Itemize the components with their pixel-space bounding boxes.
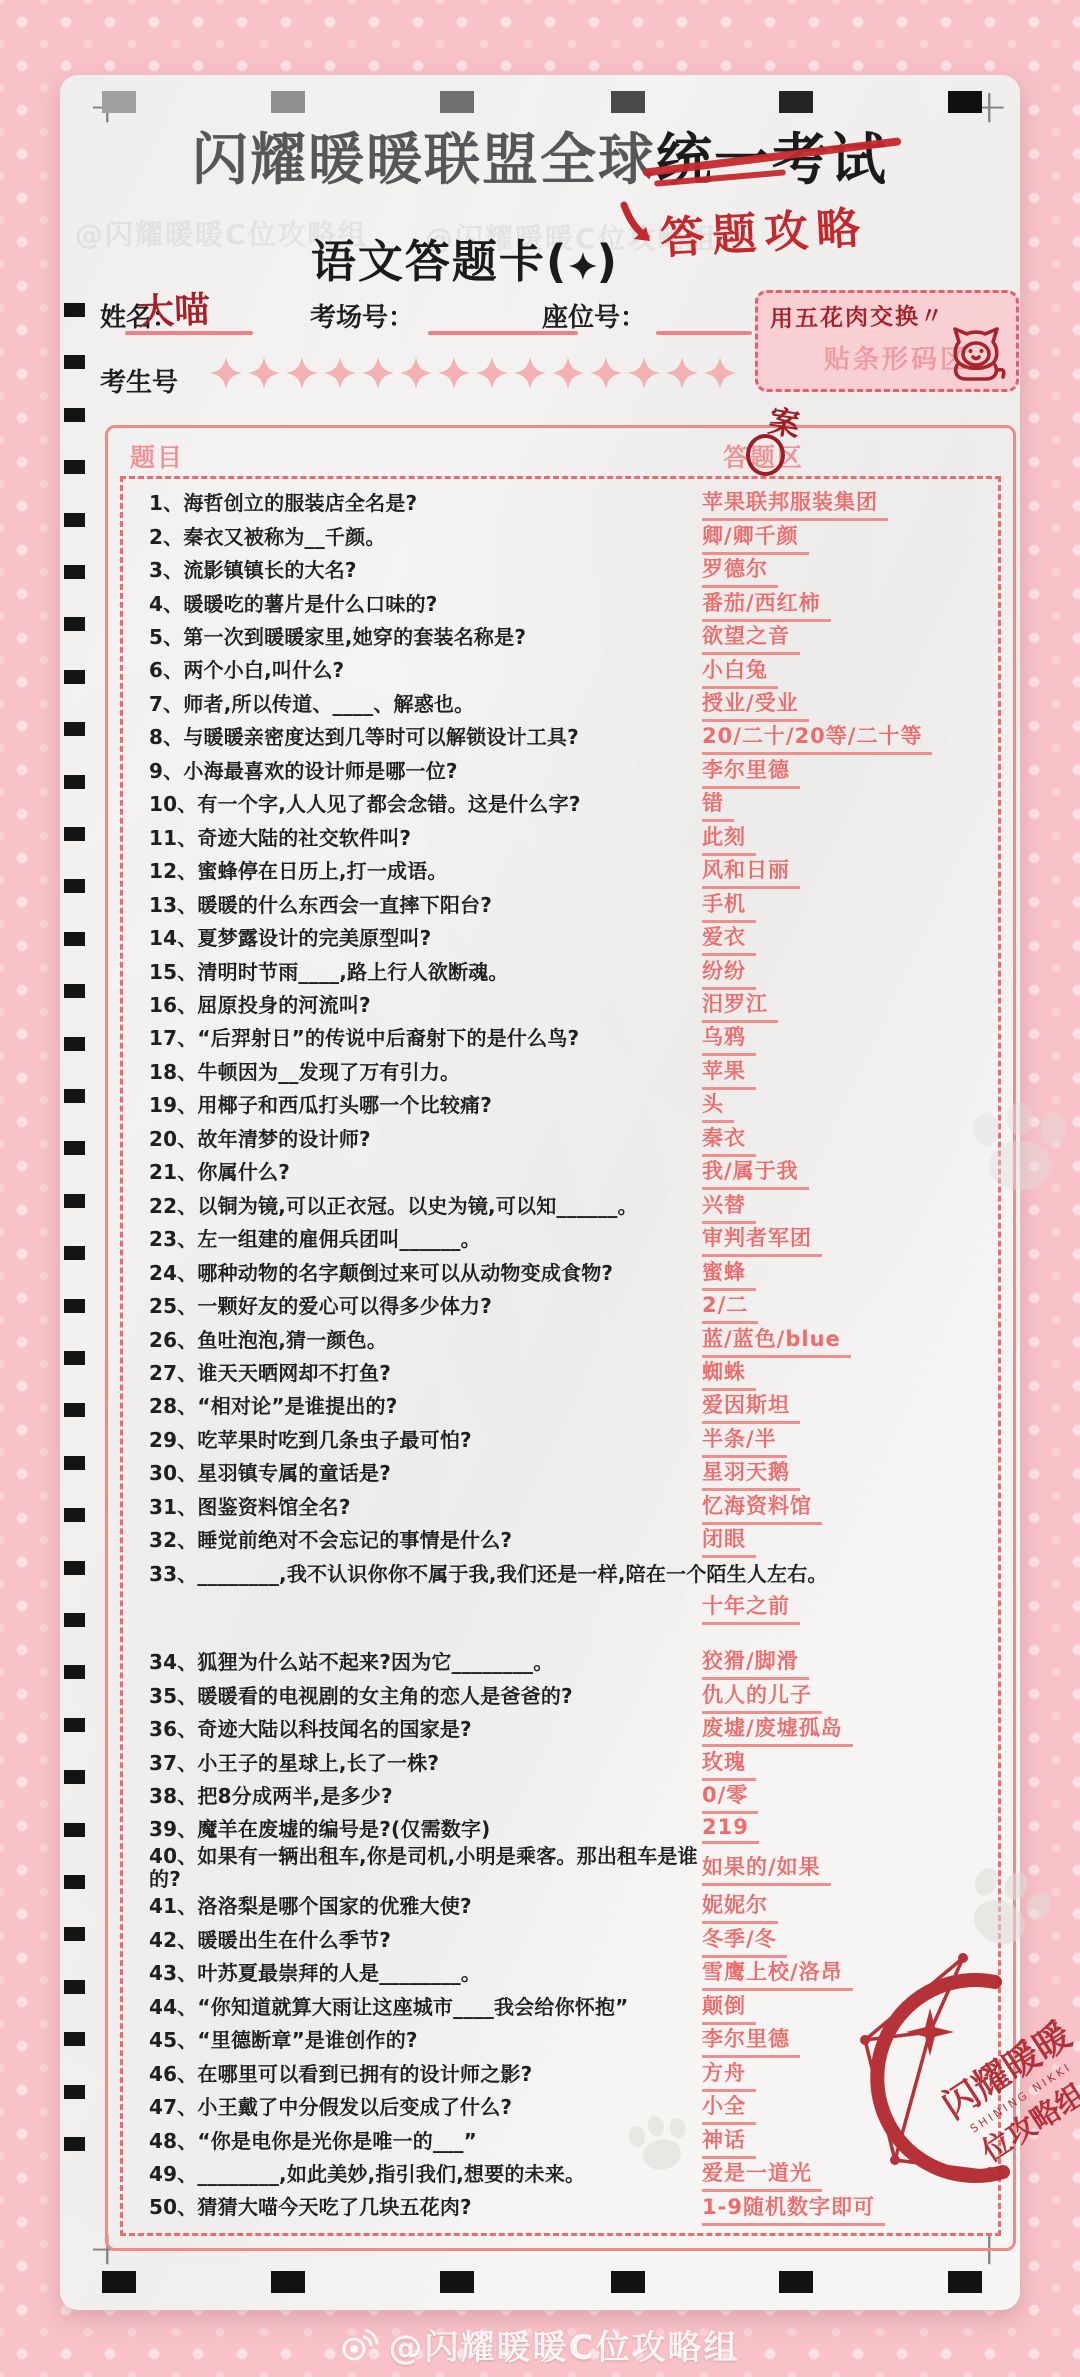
question-text: 24、哪种动物的名字颠倒过来可以从动物变成食物? xyxy=(149,1262,702,1285)
question-text: 10、有一个字,人人见了都会念错。这是什么字? xyxy=(149,793,702,816)
question-row: 11、奇迹大陆的社交软件叫?此刻 xyxy=(149,822,988,855)
question-row: 40、如果有一辆出租车,你是司机,小明是乘客。那出租车是谁的?如果的/如果 xyxy=(149,1846,988,1890)
answer-text: 废墟/废墟孤岛 xyxy=(702,1712,853,1747)
four-pointed-star-icon xyxy=(628,357,660,389)
timing-mark xyxy=(64,1246,85,1260)
four-pointed-star-icon xyxy=(666,357,698,389)
question-text: 50、猜猜大喵今天吃了几块五花肉? xyxy=(149,2196,702,2219)
timing-mark xyxy=(64,1927,85,1941)
page-title: 闪耀暖暖联盟全球统一考试 xyxy=(60,127,1020,194)
timing-mark xyxy=(64,2032,85,2046)
question-row: 20、故年清梦的设计师?秦衣 xyxy=(149,1123,988,1156)
candidate-no-diamonds xyxy=(210,357,736,389)
answer-cell: 苹果 xyxy=(702,1055,988,1090)
answer-row: 十年之前 xyxy=(149,1591,988,1624)
answer-cell: 玫瑰 xyxy=(702,1746,988,1781)
answer-text: 如果的/如果 xyxy=(702,1851,831,1886)
barcode-sticker-box: 用五花肉交换〃 贴条形码区 xyxy=(755,290,1019,392)
question-row: 19、用椰子和西瓜打头哪一个比较痛?头 xyxy=(149,1089,988,1122)
weibo-icon xyxy=(341,2328,379,2362)
question-row: 44、“你知道就算大雨让这座城市____我会给你怀抱”颠倒 xyxy=(149,1991,988,2024)
answer-text: 蓝/蓝色/blue xyxy=(702,1323,851,1358)
question-text: 21、你属什么? xyxy=(149,1161,702,1184)
answer-cell: 爱衣 xyxy=(702,921,988,956)
question-text: 11、奇迹大陆的社交软件叫? xyxy=(149,827,702,850)
answer-cell: 授业/受业 xyxy=(702,687,988,722)
timing-mark xyxy=(64,1613,85,1627)
sticker-handwritten-note: 用五花肉交换〃 xyxy=(770,297,946,333)
answer-cell: 蓝/蓝色/blue xyxy=(702,1323,988,1358)
question-row: 48、“你是电你是光你是唯一的___”神话 xyxy=(149,2124,988,2157)
question-text: 9、小海最喜欢的设计师是哪一位? xyxy=(149,760,702,783)
question-row: 43、叶苏夏最崇拜的人是________。雪鹰上校/洛昂 xyxy=(149,1957,988,1990)
answer-cell: 1-9随机数字即可 xyxy=(702,2191,988,2226)
answer-cell: 卿/卿千颜 xyxy=(702,520,988,555)
subtitle-text: 语文答题卡( xyxy=(311,235,569,288)
timing-mark xyxy=(64,1456,85,1470)
four-pointed-star-icon xyxy=(476,357,508,389)
seat-label: 座位号： xyxy=(542,297,646,334)
answer-cell: 小白兔 xyxy=(702,654,988,689)
timing-mark xyxy=(64,355,85,369)
answer-text: 番茄/西红柿 xyxy=(702,587,831,622)
question-text: 42、暖暖出生在什么季节? xyxy=(149,1929,702,1952)
answer-cell: 如果的/如果 xyxy=(702,1851,988,1886)
question-text: 31、图鉴资料馆全名? xyxy=(149,1496,702,1519)
timing-mark xyxy=(64,565,85,579)
answer-text: 苹果 xyxy=(702,1055,756,1090)
answer-text: 半条/半 xyxy=(702,1423,787,1458)
question-row: 27、谁天天晒网却不打鱼?蜘蛛 xyxy=(149,1357,988,1390)
answer-text: 李尔里德 xyxy=(702,754,800,789)
question-text: 32、睡觉前绝对不会忘记的事情是什么? xyxy=(149,1529,702,1552)
question-row: 5、第一次到暖暖家里,她穿的套装名称是?欲望之音 xyxy=(149,621,988,654)
question-text: 35、暖暖看的电视剧的女主角的恋人是爸爸的? xyxy=(149,1685,702,1708)
name-field xyxy=(125,331,253,335)
answer-cell: 闭眼 xyxy=(702,1523,988,1558)
question-row: 23、左一组建的雇佣兵团叫______。审判者军团 xyxy=(149,1223,988,1256)
question-row: 24、哪种动物的名字颠倒过来可以从动物变成食物?蜜蜂 xyxy=(149,1256,988,1289)
answer-cell: 番茄/西红柿 xyxy=(702,587,988,622)
question-row: 16、屈原投身的河流叫?汨罗江 xyxy=(149,989,988,1022)
alignment-mark xyxy=(440,91,474,113)
alignment-mark xyxy=(271,91,305,113)
answer-text: 方舟 xyxy=(702,2057,756,2092)
four-pointed-star-icon xyxy=(210,357,242,389)
answer-text: 1-9随机数字即可 xyxy=(702,2191,885,2226)
answer-text: 神话 xyxy=(702,2124,756,2159)
answer-cell: 罗德尔 xyxy=(702,553,988,588)
answer-text: 纷纷 xyxy=(702,955,756,990)
answer-cell: 十年之前 xyxy=(702,1590,988,1625)
question-row: 31、图鉴资料馆全名?忆海资料馆 xyxy=(149,1491,988,1524)
answer-cell: 仇人的儿子 xyxy=(702,1679,988,1714)
question-text: 6、两个小白,叫什么? xyxy=(149,659,702,682)
question-text: 3、流影镇镇长的大名? xyxy=(149,559,702,582)
answer-cell: 蜜蜂 xyxy=(702,1256,988,1291)
four-pointed-star-icon xyxy=(514,357,546,389)
answer-text: 20/二十/20等/二十等 xyxy=(702,720,932,755)
question-text: 4、暖暖吃的薯片是什么口味的? xyxy=(149,593,702,616)
timing-mark xyxy=(64,1823,85,1837)
answer-text: 爱因斯坦 xyxy=(702,1389,800,1424)
question-row: 29、吃苹果时吃到几条虫子最可怕?半条/半 xyxy=(149,1424,988,1457)
answer-text: 错 xyxy=(702,787,734,822)
pig-doodle-icon xyxy=(944,323,1008,385)
alignment-mark xyxy=(948,91,982,113)
timing-mark xyxy=(64,775,85,789)
answer-cell: 错 xyxy=(702,787,988,822)
answer-cell: 汨罗江 xyxy=(702,988,988,1023)
question-row: 30、星羽镇专属的童话是?星羽天鹅 xyxy=(149,1457,988,1490)
answer-text: 仇人的儿子 xyxy=(702,1679,822,1714)
answer-text: 风和日丽 xyxy=(702,854,800,889)
question-row: 14、夏梦露设计的完美原型叫?爱衣 xyxy=(149,922,988,955)
timing-mark xyxy=(64,932,85,946)
answer-text: 219 xyxy=(702,1815,759,1844)
question-row: 1、海哲创立的服装店全名是?苹果联邦服装集团 xyxy=(149,487,988,520)
answer-text: 爱是一道光 xyxy=(702,2157,822,2192)
question-row: 34、狐狸为什么站不起来?因为它________。狡猾/脚滑 xyxy=(149,1646,988,1679)
answer-text: 乌鸦 xyxy=(702,1021,756,1056)
timing-mark xyxy=(64,1351,85,1365)
answer-text: 闭眼 xyxy=(702,1523,756,1558)
question-row: 10、有一个字,人人见了都会念错。这是什么字?错 xyxy=(149,788,988,821)
question-text: 1、海哲创立的服装店全名是? xyxy=(149,492,702,515)
paw-print-icon xyxy=(955,1085,1080,1215)
question-row: 42、暖暖出生在什么季节?冬季/冬 xyxy=(149,1924,988,1957)
four-pointed-star-icon xyxy=(569,252,597,280)
question-text: 43、叶苏夏最崇拜的人是________。 xyxy=(149,1962,702,1985)
answer-text: 卿/卿千颜 xyxy=(702,520,809,555)
question-row: 47、小王戴了中分假发以后变成了什么?小全 xyxy=(149,2091,988,2124)
four-pointed-star-icon xyxy=(248,357,280,389)
answer-text: 颠倒 xyxy=(702,1990,756,2025)
question-column-header: 题目 xyxy=(130,438,184,474)
answer-text: 我/属于我 xyxy=(702,1155,809,1190)
answer-cell: 手机 xyxy=(702,888,988,923)
timing-mark xyxy=(64,1299,85,1313)
answer-text: 授业/受业 xyxy=(702,687,809,722)
question-row: 49、________,如此美妙,指引我们,想要的未来。爱是一道光 xyxy=(149,2158,988,2191)
seat-field xyxy=(656,331,752,335)
answer-text: 此刻 xyxy=(702,821,756,856)
answer-cell: 半条/半 xyxy=(702,1423,988,1458)
answer-text: 蜘蛛 xyxy=(702,1356,756,1391)
answer-text: 苹果联邦服装集团 xyxy=(702,486,888,521)
question-row: 8、与暖暖亲密度达到几等时可以解锁设计工具?20/二十/20等/二十等 xyxy=(149,721,988,754)
question-row: 15、清明时节雨____,路上行人欲断魂。纷纷 xyxy=(149,955,988,988)
answer-cell: 秦衣 xyxy=(702,1122,988,1157)
answer-text: 罗德尔 xyxy=(702,553,778,588)
alignment-mark xyxy=(779,2271,813,2293)
question-text: 22、以铜为镜,可以正衣冠。以史为镜,可以知______。 xyxy=(149,1195,702,1218)
answer-text: 星羽天鹅 xyxy=(702,1456,800,1491)
question-row: 50、猜猜大喵今天吃了几块五花肉?1-9随机数字即可 xyxy=(149,2191,988,2224)
answer-text: 手机 xyxy=(702,888,756,923)
answer-text: 小全 xyxy=(702,2090,756,2125)
timing-mark xyxy=(64,1089,85,1103)
credit-text: @闪耀暖暖C位攻略组 xyxy=(389,2320,740,2369)
question-text: 37、小王子的星球上,长了一株? xyxy=(149,1752,702,1775)
question-row: 32、睡觉前绝对不会忘记的事情是什么?闭眼 xyxy=(149,1524,988,1557)
timing-mark xyxy=(64,1980,85,1994)
question-text: 23、左一组建的雇佣兵团叫______。 xyxy=(149,1228,702,1251)
question-text: 27、谁天天晒网却不打鱼? xyxy=(149,1362,702,1385)
timing-mark xyxy=(64,827,85,841)
answer-text: 冬季/冬 xyxy=(702,1923,787,1958)
question-text: 34、狐狸为什么站不起来?因为它________。 xyxy=(149,1651,702,1674)
alignment-mark xyxy=(102,2271,136,2293)
answer-text: 兴替 xyxy=(702,1189,756,1224)
question-list: 1、海哲创立的服装店全名是?苹果联邦服装集团2、秦衣又被称为__千颜。卿/卿千颜… xyxy=(120,476,1001,2236)
timing-mark xyxy=(64,1403,85,1417)
question-text: 19、用椰子和西瓜打头哪一个比较痛? xyxy=(149,1094,702,1117)
question-text: 29、吃苹果时吃到几条虫子最可怕? xyxy=(149,1429,702,1452)
question-text: 39、魔羊在废墟的编号是?(仅需数字) xyxy=(149,1818,702,1841)
question-row: 39、魔羊在废墟的编号是?(仅需数字)219 xyxy=(149,1813,988,1846)
answer-cell: 雪鹰上校/洛昂 xyxy=(702,1956,988,1991)
title-text: 闪耀暖暖联盟全球 xyxy=(192,128,656,193)
paw-print-icon xyxy=(613,2098,708,2193)
answer-cell: 小全 xyxy=(702,2090,988,2125)
answer-cell: 乌鸦 xyxy=(702,1021,988,1056)
question-row: 33、________,我不认识你你不属于我,我们还是一样,陪在一个陌生人左右。 xyxy=(149,1558,988,1591)
exam-room-label: 考场号： xyxy=(310,297,414,334)
question-text: 49、________,如此美妙,指引我们,想要的未来。 xyxy=(149,2163,702,2186)
timing-mark xyxy=(64,879,85,893)
question-row: 35、暖暖看的电视剧的女主角的恋人是爸爸的?仇人的儿子 xyxy=(149,1679,988,1712)
question-text: 30、星羽镇专属的童话是? xyxy=(149,1462,702,1485)
qa-table: 题目 答题区 案 1、海哲创立的服装店全名是?苹果联邦服装集团2、秦衣又被称为_… xyxy=(105,425,1016,2251)
timing-mark xyxy=(64,1875,85,1889)
answer-cell: 苹果联邦服装集团 xyxy=(702,486,988,521)
alignment-mark xyxy=(102,91,136,113)
answer-cell: 欲望之音 xyxy=(702,620,988,655)
answer-sheet-paper: + + + + @闪耀暖暖C位攻略组 @闪耀暖暖C位攻略组 闪耀暖暖联盟全球统一… xyxy=(60,75,1020,2310)
question-row: 25、一颗好友的爱心可以得多少体力?2/二 xyxy=(149,1290,988,1323)
answer-text: 爱衣 xyxy=(702,921,756,956)
answer-cell: 219 xyxy=(702,1815,988,1844)
timing-mark xyxy=(64,984,85,998)
question-text: 8、与暖暖亲密度达到几等时可以解锁设计工具? xyxy=(149,726,702,749)
four-pointed-star-icon xyxy=(552,357,584,389)
answer-text: 忆海资料馆 xyxy=(702,1490,822,1525)
timing-mark xyxy=(64,1037,85,1051)
answer-cell: 爱因斯坦 xyxy=(702,1389,988,1424)
question-text: 2、秦衣又被称为__千颜。 xyxy=(149,526,702,549)
question-row: 46、在哪里可以看到已拥有的设计师之影?方舟 xyxy=(149,2057,988,2090)
answer-cell: 20/二十/20等/二十等 xyxy=(702,720,988,755)
question-row: 3、流影镇镇长的大名?罗德尔 xyxy=(149,554,988,587)
question-row: 2、秦衣又被称为__千颜。卿/卿千颜 xyxy=(149,520,988,553)
question-text: 12、蜜蜂停在日历上,打一成语。 xyxy=(149,860,702,883)
answer-text: 秦衣 xyxy=(702,1122,756,1157)
question-row: 28、“相对论”是谁提出的?爱因斯坦 xyxy=(149,1390,988,1423)
answer-text: 狡猾/脚滑 xyxy=(702,1645,809,1680)
answer-cell: 忆海资料馆 xyxy=(702,1490,988,1525)
question-text: 16、屈原投身的河流叫? xyxy=(149,994,702,1017)
timing-mark xyxy=(64,1561,85,1575)
four-pointed-star-icon xyxy=(438,357,470,389)
four-pointed-star-icon xyxy=(362,357,394,389)
answer-cell: 纷纷 xyxy=(702,955,988,990)
correction-char: 案 xyxy=(766,396,804,445)
subtitle-text: ) xyxy=(597,235,620,288)
answer-cell: 爱是一道光 xyxy=(702,2157,988,2192)
answer-cell: 审判者军团 xyxy=(702,1222,988,1257)
question-row: 38、把8分成两半,是多少?0/零 xyxy=(149,1780,988,1813)
question-text: 18、牛顿因为__发现了万有引力。 xyxy=(149,1061,702,1084)
question-row: 12、蜜蜂停在日历上,打一成语。风和日丽 xyxy=(149,855,988,888)
question-row: 7、师者,所以传道、____、解惑也。授业/受业 xyxy=(149,688,988,721)
answer-cell: 0/零 xyxy=(702,1779,988,1814)
timing-mark xyxy=(64,408,85,422)
alignment-mark xyxy=(779,91,813,113)
answer-text: 十年之前 xyxy=(702,1590,800,1625)
answer-text: 雪鹰上校/洛昂 xyxy=(702,1956,853,1991)
timing-mark xyxy=(64,513,85,527)
answer-cell: 方舟 xyxy=(702,2057,988,2092)
question-text: 45、“里德断章”是谁创作的? xyxy=(149,2029,702,2052)
timing-mark xyxy=(64,303,85,317)
alignment-mark xyxy=(611,91,645,113)
question-text: 44、“你知道就算大雨让这座城市____我会给你怀抱” xyxy=(149,1996,702,2019)
question-row: 37、小王子的星球上,长了一株?玫瑰 xyxy=(149,1746,988,1779)
answer-cell: 我/属于我 xyxy=(702,1155,988,1190)
question-row: 36、奇迹大陆以科技闻名的国家是?废墟/废墟孤岛 xyxy=(149,1713,988,1746)
alignment-mark xyxy=(948,2271,982,2293)
title-struck-text: 统一考试 xyxy=(656,127,888,194)
question-row: 6、两个小白,叫什么?小白兔 xyxy=(149,654,988,687)
page-subtitle: 语文答题卡() xyxy=(60,225,870,290)
answer-cell: 兴替 xyxy=(702,1189,988,1224)
answer-text: 审判者军团 xyxy=(702,1222,822,1257)
timing-mark xyxy=(64,1508,85,1522)
timing-mark xyxy=(64,2137,85,2151)
question-text: 28、“相对论”是谁提出的? xyxy=(149,1395,702,1418)
alignment-mark xyxy=(440,2271,474,2293)
row-spacer xyxy=(149,1624,988,1646)
question-text: 5、第一次到暖暖家里,她穿的套装名称是? xyxy=(149,626,702,649)
timing-mark xyxy=(64,1141,85,1155)
question-text: 20、故年清梦的设计师? xyxy=(149,1128,702,1151)
alignment-mark xyxy=(611,2271,645,2293)
question-text: 14、夏梦露设计的完美原型叫? xyxy=(149,927,702,950)
answer-text: 0/零 xyxy=(702,1779,758,1814)
timing-mark xyxy=(64,617,85,631)
question-text: 38、把8分成两半,是多少? xyxy=(149,1785,702,1808)
question-text: 17、“后羿射日”的传说中后裔射下的是什么鸟? xyxy=(149,1027,702,1050)
answer-cell: 李尔里德 xyxy=(702,754,988,789)
answer-text: 小白兔 xyxy=(702,654,778,689)
question-text: 46、在哪里可以看到已拥有的设计师之影? xyxy=(149,2063,702,2086)
question-row: 22、以铜为镜,可以正衣冠。以史为镜,可以知______。兴替 xyxy=(149,1190,988,1223)
answer-text: 玫瑰 xyxy=(702,1746,756,1781)
question-row: 17、“后羿射日”的传说中后裔射下的是什么鸟?乌鸦 xyxy=(149,1022,988,1055)
answer-cell: 星羽天鹅 xyxy=(702,1456,988,1491)
answer-text: 头 xyxy=(702,1088,734,1123)
question-text: 13、暖暖的什么东西会一直摔下阳台? xyxy=(149,894,702,917)
answer-cell: 风和日丽 xyxy=(702,854,988,889)
question-text: 15、清明时节雨____,路上行人欲断魂。 xyxy=(149,961,702,984)
four-pointed-star-icon xyxy=(704,357,736,389)
timing-mark xyxy=(64,670,85,684)
answer-cell: 狡猾/脚滑 xyxy=(702,1645,988,1680)
name-value: 大喵 xyxy=(137,282,211,335)
question-row: 4、暖暖吃的薯片是什么口味的?番茄/西红柿 xyxy=(149,587,988,620)
question-text: 33、________,我不认识你你不属于我,我们还是一样,陪在一个陌生人左右。 xyxy=(149,1563,988,1586)
question-text: 25、一颗好友的爱心可以得多少体力? xyxy=(149,1295,702,1318)
answer-cell: 李尔里德 xyxy=(702,2023,988,2058)
timing-mark xyxy=(64,1194,85,1208)
answer-text: 2/二 xyxy=(702,1289,758,1324)
answer-cell: 蜘蛛 xyxy=(702,1356,988,1391)
question-row: 41、洛洛梨是哪个国家的优雅大使?妮妮尔 xyxy=(149,1890,988,1923)
answer-column-header: 答题区 案 xyxy=(723,438,804,474)
timing-mark xyxy=(64,1665,85,1679)
four-pointed-star-icon xyxy=(324,357,356,389)
footer-credit: @闪耀暖暖C位攻略组 xyxy=(0,2320,1080,2369)
question-text: 40、如果有一辆出租车,你是司机,小明是乘客。那出租车是谁的? xyxy=(149,1845,702,1891)
timing-mark xyxy=(64,460,85,474)
question-text: 26、鱼吐泡泡,猜一颜色。 xyxy=(149,1329,702,1352)
answer-cell: 神话 xyxy=(702,2124,988,2159)
timing-mark xyxy=(64,1770,85,1784)
timing-mark xyxy=(64,722,85,736)
alignment-mark xyxy=(271,2271,305,2293)
four-pointed-star-icon xyxy=(590,357,622,389)
question-row: 21、你属什么?我/属于我 xyxy=(149,1156,988,1189)
four-pointed-star-icon xyxy=(286,357,318,389)
timing-mark xyxy=(64,2085,85,2099)
question-row: 45、“里德断章”是谁创作的?李尔里德 xyxy=(149,2024,988,2057)
answer-cell: 废墟/废墟孤岛 xyxy=(702,1712,988,1747)
answer-text: 妮妮尔 xyxy=(702,1889,778,1924)
answer-text: 欲望之音 xyxy=(702,620,800,655)
timing-mark xyxy=(64,1718,85,1732)
question-text: 36、奇迹大陆以科技闻名的国家是? xyxy=(149,1718,702,1741)
four-pointed-star-icon xyxy=(400,357,432,389)
answer-cell: 2/二 xyxy=(702,1289,988,1324)
question-row: 9、小海最喜欢的设计师是哪一位?李尔里德 xyxy=(149,755,988,788)
question-row: 13、暖暖的什么东西会一直摔下阳台?手机 xyxy=(149,888,988,921)
answer-text: 李尔里德 xyxy=(702,2023,800,2058)
question-text: 7、师者,所以传道、____、解惑也。 xyxy=(149,693,702,716)
answer-cell: 头 xyxy=(702,1088,988,1123)
question-row: 18、牛顿因为__发现了万有引力。苹果 xyxy=(149,1056,988,1089)
answer-text: 蜜蜂 xyxy=(702,1256,756,1291)
question-text: 41、洛洛梨是哪个国家的优雅大使? xyxy=(149,1895,702,1918)
candidate-no-label: 考生号 xyxy=(100,362,178,399)
answer-cell: 颠倒 xyxy=(702,1990,988,2025)
answer-text: 汨罗江 xyxy=(702,988,778,1023)
question-row: 26、鱼吐泡泡,猜一颜色。蓝/蓝色/blue xyxy=(149,1323,988,1356)
answer-cell: 此刻 xyxy=(702,821,988,856)
